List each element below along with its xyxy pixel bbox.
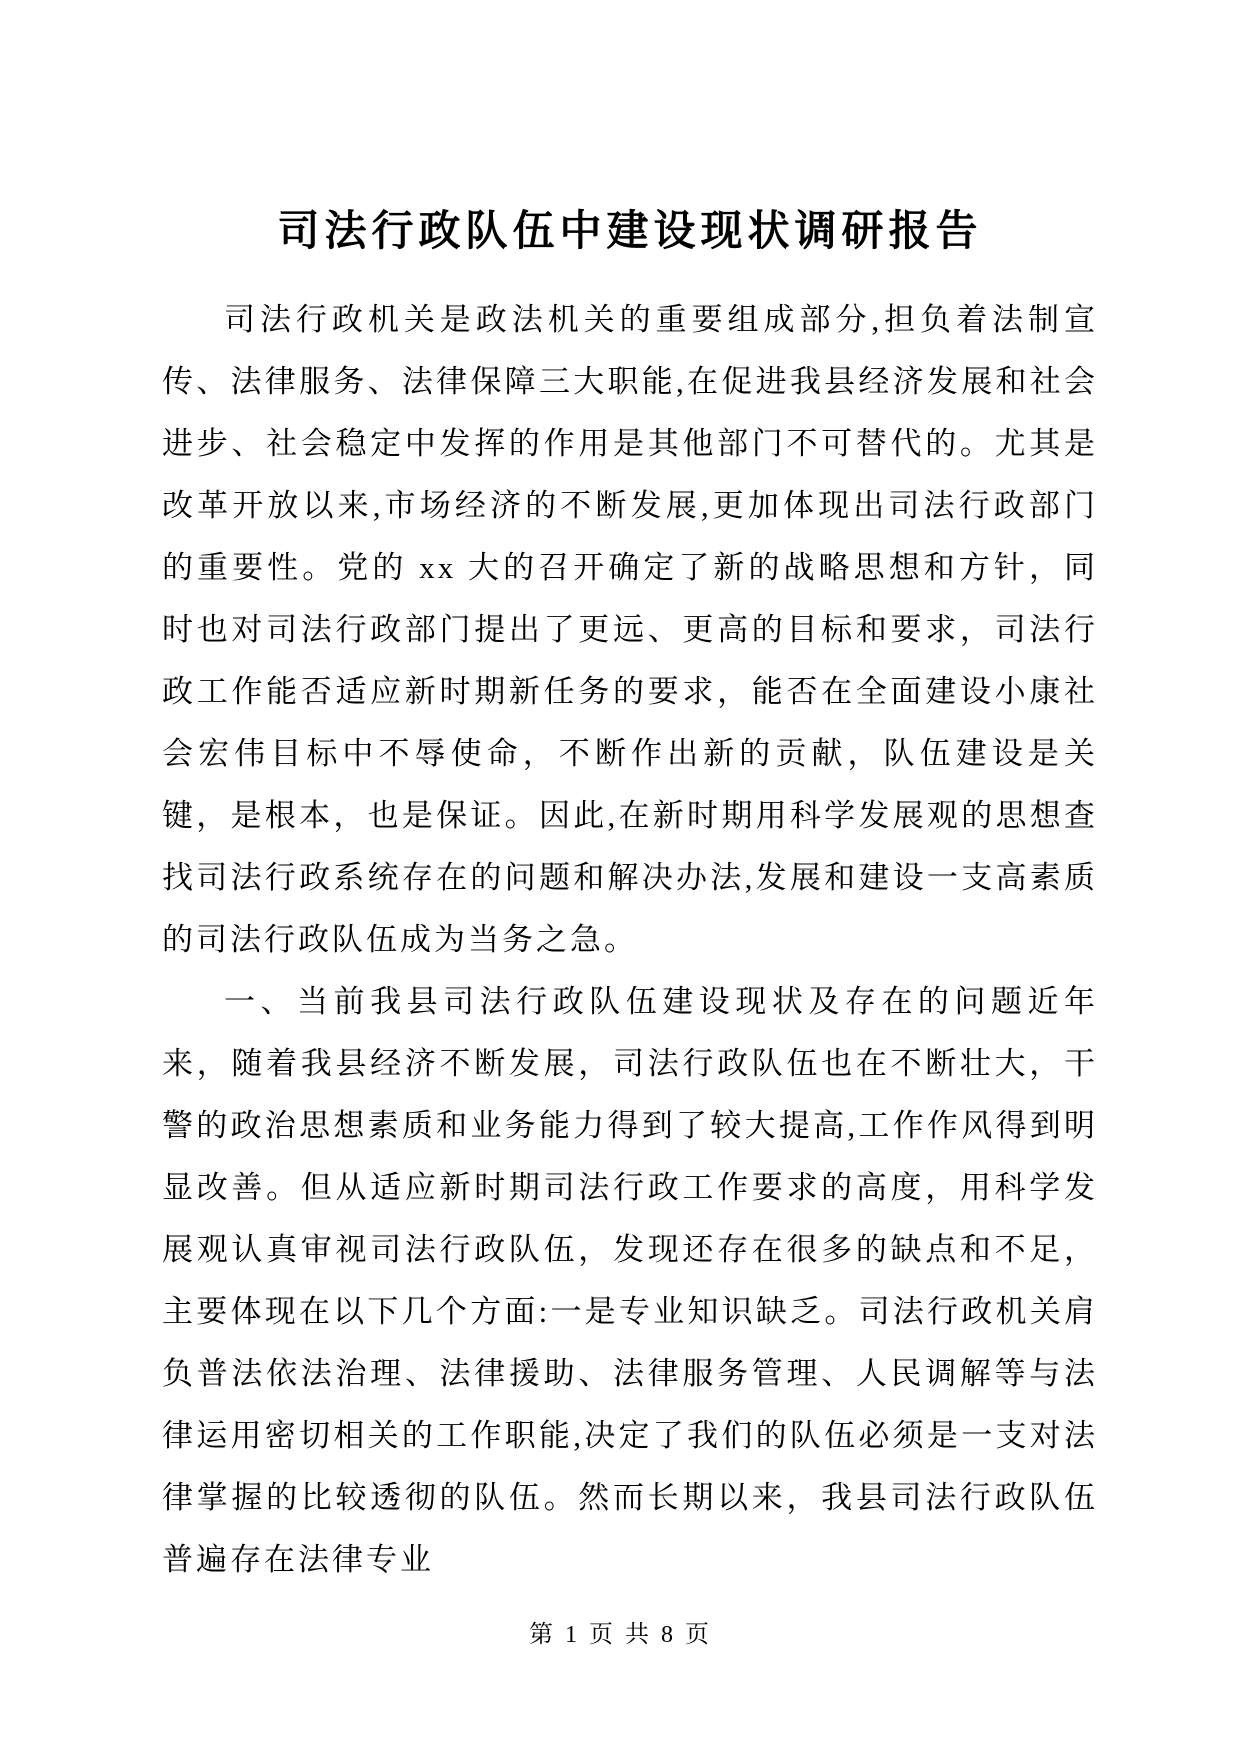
document-page: 司法行政队伍中建设现状调研报告 司法行政机关是政法机关的重要组成部分,担负着法制… — [0, 0, 1241, 1754]
document-title: 司法行政队伍中建设现状调研报告 — [162, 205, 1098, 257]
document-content: 司法行政队伍中建设现状调研报告 司法行政机关是政法机关的重要组成部分,担负着法制… — [162, 205, 1098, 1591]
body-paragraph-1: 司法行政机关是政法机关的重要组成部分,担负着法制宣传、法律服务、法律保障三大职能… — [162, 289, 1098, 971]
page-number-footer: 第 1 页 共 8 页 — [0, 1614, 1241, 1649]
body-paragraph-2: 一、当前我县司法行政队伍建设现状及存在的问题近年来，随着我县经济不断发展，司法行… — [162, 971, 1098, 1591]
